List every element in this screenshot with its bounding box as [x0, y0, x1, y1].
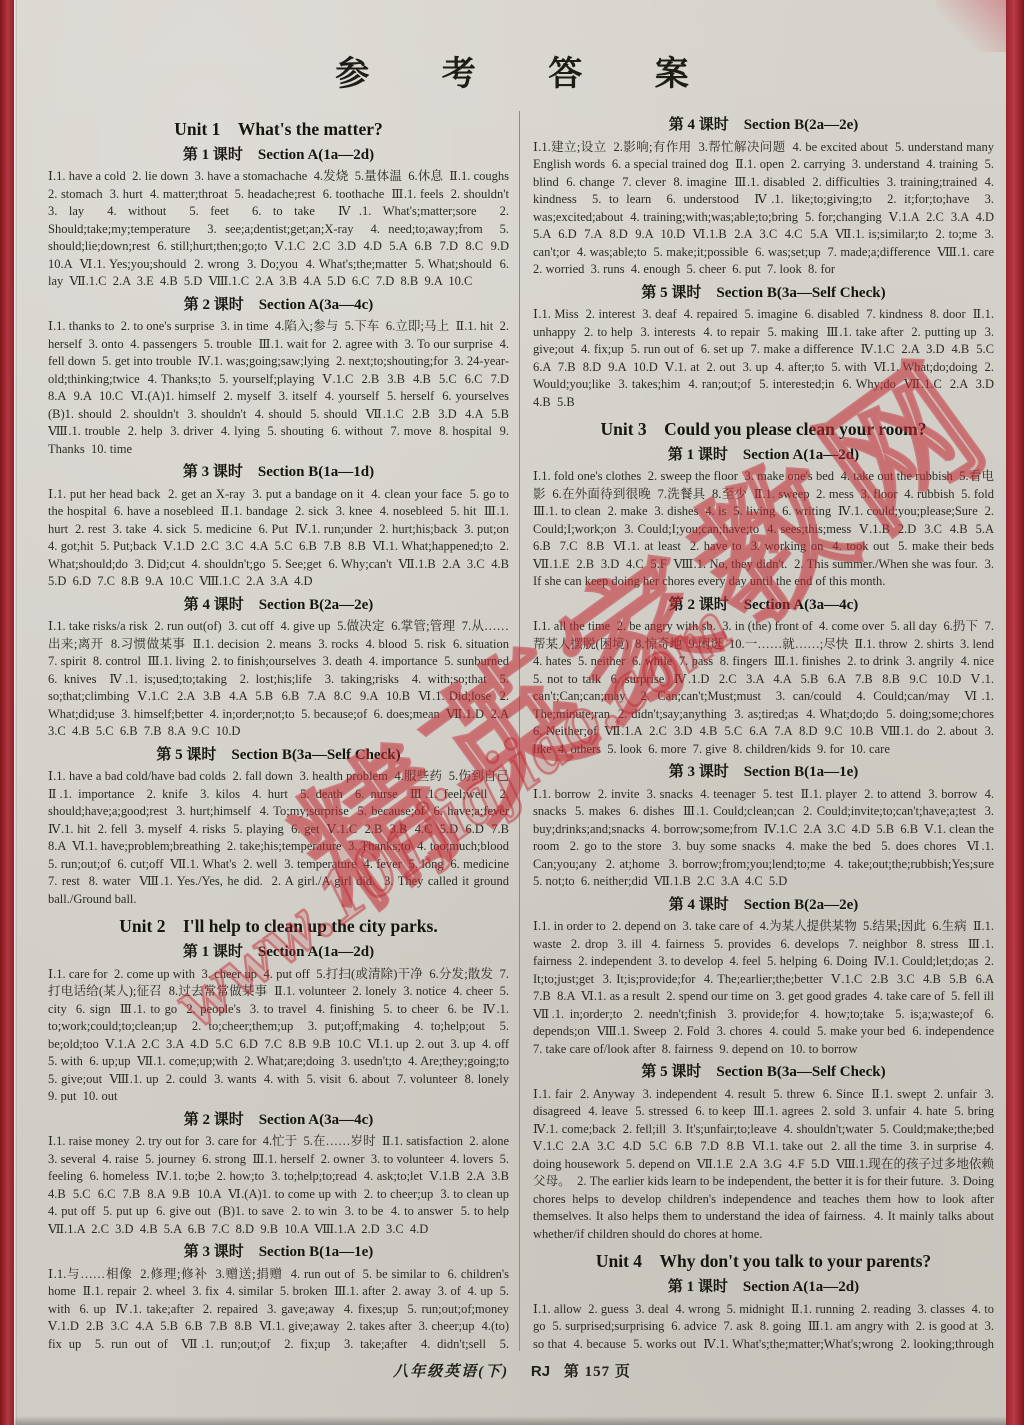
lesson-heading: 第 5 课时 Section B(3a—Self Check) [48, 746, 509, 766]
book-right-red-edge [1006, 0, 1024, 1425]
footer-page-number: 第 157 页 [564, 1364, 631, 1380]
left-column: Unit 1 What's the matter?第 1 课时 Section … [48, 111, 519, 1351]
answer-text-block: Ⅰ.1. in order to 2. depend on 3. take ca… [533, 918, 994, 1058]
lesson-heading: 第 1 课时 Section A(1a—2d) [533, 446, 994, 466]
lesson-heading: 第 4 课时 Section B(2a—2e) [533, 116, 994, 136]
answer-text-block: Ⅰ.1. have a cold 2. lie down 3. have a s… [48, 168, 509, 291]
lesson-heading: 第 3 课时 Section B(1a—1e) [48, 1243, 509, 1263]
lesson-heading: 第 2 课时 Section A(3a—4c) [48, 1111, 509, 1131]
unit-heading: Unit 2 I'll help to clean up the city pa… [48, 915, 509, 938]
lesson-heading: 第 2 课时 Section A(3a—4c) [48, 296, 509, 316]
lesson-heading: 第 5 课时 Section B(3a—Self Check) [533, 284, 994, 304]
answer-key-page: 参 考 答 案 Unit 1 What's the matter?第 1 课时 … [0, 0, 1024, 1425]
lesson-heading: 第 4 课时 Section B(2a—2e) [48, 596, 509, 616]
answer-text-block: Ⅰ.1. Miss 2. interest 3. deaf 4. repaire… [533, 306, 994, 411]
answer-text-block: Ⅰ.1. have a bad cold/have bad colds 2. f… [48, 768, 509, 908]
answer-columns: Unit 1 What's the matter?第 1 课时 Section … [48, 111, 994, 1351]
footer-book-title: 八年级英语(下) [393, 1364, 509, 1380]
lesson-heading: 第 2 课时 Section A(3a—4c) [533, 596, 994, 616]
unit-heading: Unit 4 Why don't you talk to your parent… [533, 1250, 994, 1273]
lesson-heading: 第 3 课时 Section B(1a—1d) [48, 463, 509, 483]
page-footer: 八年级英语(下) RJ 第 157 页 [0, 1360, 1024, 1381]
lesson-heading: 第 5 课时 Section B(3a—Self Check) [533, 1063, 994, 1083]
answer-text-block: Ⅰ.1. borrow 2. invite 3. snacks 4. teena… [533, 786, 994, 891]
lesson-heading: 第 1 课时 Section A(1a—2d) [48, 943, 509, 963]
top-right-red-corner [936, 0, 1006, 52]
unit-heading: Unit 3 Could you please clean your room? [533, 418, 994, 441]
bottom-page-shadow [0, 1416, 1024, 1425]
answer-text-block: Ⅰ.1.建立;设立 2.影响;有作用 3.帮忙解决问题 4. be excite… [533, 139, 994, 279]
footer-edition-code: RJ [531, 1363, 550, 1380]
answer-text-block: Ⅰ.1. raise money 2. try out for 3. care … [48, 1133, 509, 1238]
answer-text-block: Ⅰ.1. take risks/a risk 2. run out(of) 3.… [48, 618, 509, 741]
answer-text-block: Ⅰ.1. care for 2. come up with 3. cheer u… [48, 966, 509, 1106]
answer-text-block: Ⅰ.1.与……相像 2.修理;修补 3.赠送;捐赠 4. run out of … [48, 1266, 509, 1352]
lesson-heading: 第 4 课时 Section B(2a—2e) [533, 896, 994, 916]
lesson-heading: 第 3 课时 Section B(1a—1e) [533, 763, 994, 783]
right-column: 第 4 课时 Section B(2a—2e)Ⅰ.1.建立;设立 2.影响;有作… [519, 111, 994, 1351]
answer-text-block: Ⅰ.1. put her head back 2. get an X-ray 3… [48, 486, 509, 591]
answer-text-block: Ⅰ.1. allow 2. guess 3. deal 4. wrong 5. … [533, 1301, 994, 1352]
answer-text-block: Ⅰ.1. fair 2. Anyway 3. independent 4. re… [533, 1086, 994, 1244]
lesson-heading: 第 1 课时 Section A(1a—2d) [533, 1278, 994, 1298]
lesson-heading: 第 1 课时 Section A(1a—2d) [48, 146, 509, 166]
book-left-red-edge [0, 0, 14, 1425]
unit-heading: Unit 1 What's the matter? [48, 118, 509, 141]
answer-text-block: Ⅰ.1. fold one's clothes 2. sweep the flo… [533, 468, 994, 591]
answer-text-block: Ⅰ.1. all the time 2. be angry with sb. 3… [533, 618, 994, 758]
page-title: 参 考 答 案 [0, 0, 1024, 95]
answer-text-block: Ⅰ.1. thanks to 2. to one's surprise 3. i… [48, 318, 509, 458]
